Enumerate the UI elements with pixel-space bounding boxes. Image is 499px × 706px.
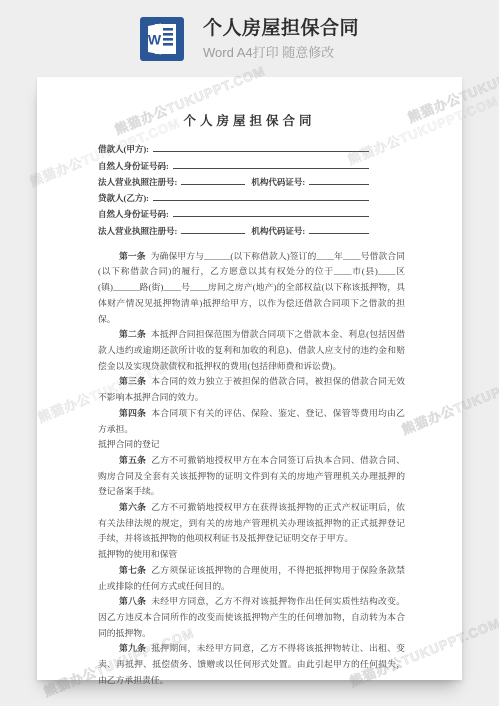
section-heading: 抵押物的使用和保管 xyxy=(98,547,405,563)
page-subtitle: Word A4打印 随意修改 xyxy=(203,44,359,62)
clause-number: 第五条 xyxy=(119,455,146,465)
blank-line xyxy=(309,232,369,234)
header-text: 个人房屋担保合同 Word A4打印 随意修改 xyxy=(203,17,359,62)
clause-number: 第七条 xyxy=(119,565,146,575)
form-label: 自然人身份证号码: xyxy=(98,161,169,172)
word-icon: W xyxy=(140,17,184,61)
blank-line xyxy=(153,150,369,152)
clause-number: 第九条 xyxy=(119,643,146,653)
blank-line xyxy=(309,183,369,185)
section-heading: 抵押合同的登记 xyxy=(98,437,405,453)
contract-clause: 第七条乙方须保证该抵押物的合理使用，不得把抵押物用于保险条款禁止或排除的任何方式… xyxy=(98,563,405,594)
contract-clause: 第一条为确保甲方与______(以下称借款人)签订的____年____号借款合同… xyxy=(98,249,405,328)
contract-clause: 第九条抵押期间，未经甲方同意，乙方不得将该抵押物转让、出租、变卖、再抵押、抵偿债… xyxy=(98,641,405,688)
document-title: 个人房屋担保合同 xyxy=(37,113,462,130)
form-label: 贷款人(乙方): xyxy=(98,193,149,204)
contract-clause: 第八条未经甲方同意，乙方不得对该抵押物作出任何实质性结构改变。因乙方违反本合同所… xyxy=(98,594,405,641)
form-label: 法人营业执照注册号: xyxy=(98,177,177,188)
document-page: 个人房屋担保合同 借款人(甲方): 自然人身份证号码: 法人营业执照注册号: 机… xyxy=(37,77,462,680)
form-row: 法人营业执照注册号: 机构代码证号: xyxy=(98,172,370,188)
contract-clause: 第六条乙方不可撤销地授权甲方在获得该抵押物的正式产权证明后，依有关法律法规的规定… xyxy=(98,500,405,547)
document-content: 个人房屋担保合同 借款人(甲方): 自然人身份证号码: 法人营业执照注册号: 机… xyxy=(37,77,462,680)
contract-clause: 第四条本合同项下有关的评估、保险、鉴定、登记、保管等费用均由乙方承担。 xyxy=(98,406,405,437)
screen: W 个人房屋担保合同 Word A4打印 随意修改 个人房屋担保合同 借款人(甲… xyxy=(0,0,499,706)
contract-form: 借款人(甲方): 自然人身份证号码: 法人营业执照注册号: 机构代码证号: 贷款… xyxy=(98,139,370,237)
blank-line xyxy=(153,199,369,201)
blank-line xyxy=(181,183,245,185)
clause-number: 第三条 xyxy=(119,376,146,386)
blank-line xyxy=(181,232,245,234)
form-label: 法人营业执照注册号: xyxy=(98,226,177,237)
svg-text:W: W xyxy=(148,32,162,48)
form-label: 机构代码证号: xyxy=(251,177,305,188)
contract-clause: 第五条乙方不可撤销地授权甲方在本合同签订后执本合同、借款合同、购房合同及全套有关… xyxy=(98,453,405,500)
blank-line xyxy=(173,167,369,169)
form-label: 机构代码证号: xyxy=(251,226,305,237)
form-row: 自然人身份证号码: xyxy=(98,155,370,171)
page-title: 个人房屋担保合同 xyxy=(203,17,359,41)
blank-line xyxy=(173,215,369,217)
clause-number: 第六条 xyxy=(119,502,146,512)
form-label: 自然人身份证号码: xyxy=(98,209,169,220)
contract-clause: 第二条本抵押合同担保范围为借款合同项下之借款本金、利息(包括因借款人违约或逾期还… xyxy=(98,327,405,374)
contract-body: 第一条为确保甲方与______(以下称借款人)签订的____年____号借款合同… xyxy=(98,249,405,689)
clause-number: 第四条 xyxy=(119,408,146,418)
form-label: 借款人(甲方): xyxy=(98,144,149,155)
clause-number: 第八条 xyxy=(119,596,146,606)
clause-text: 为确保甲方与______(以下称借款人)签订的____年____号借款合同(以下… xyxy=(98,251,405,324)
header: W 个人房屋担保合同 Word A4打印 随意修改 xyxy=(0,17,499,62)
form-row: 借款人(甲方): xyxy=(98,139,370,155)
form-row: 自然人身份证号码: xyxy=(98,204,370,220)
clause-number: 第二条 xyxy=(119,329,146,339)
form-row: 法人营业执照注册号: 机构代码证号: xyxy=(98,220,370,236)
clause-number: 第一条 xyxy=(119,251,146,261)
form-row: 贷款人(乙方): xyxy=(98,188,370,204)
contract-clause: 第三条本合同的效力独立于被担保的借款合同，被担保的借款合同无效不影响本抵押合同的… xyxy=(98,374,405,405)
